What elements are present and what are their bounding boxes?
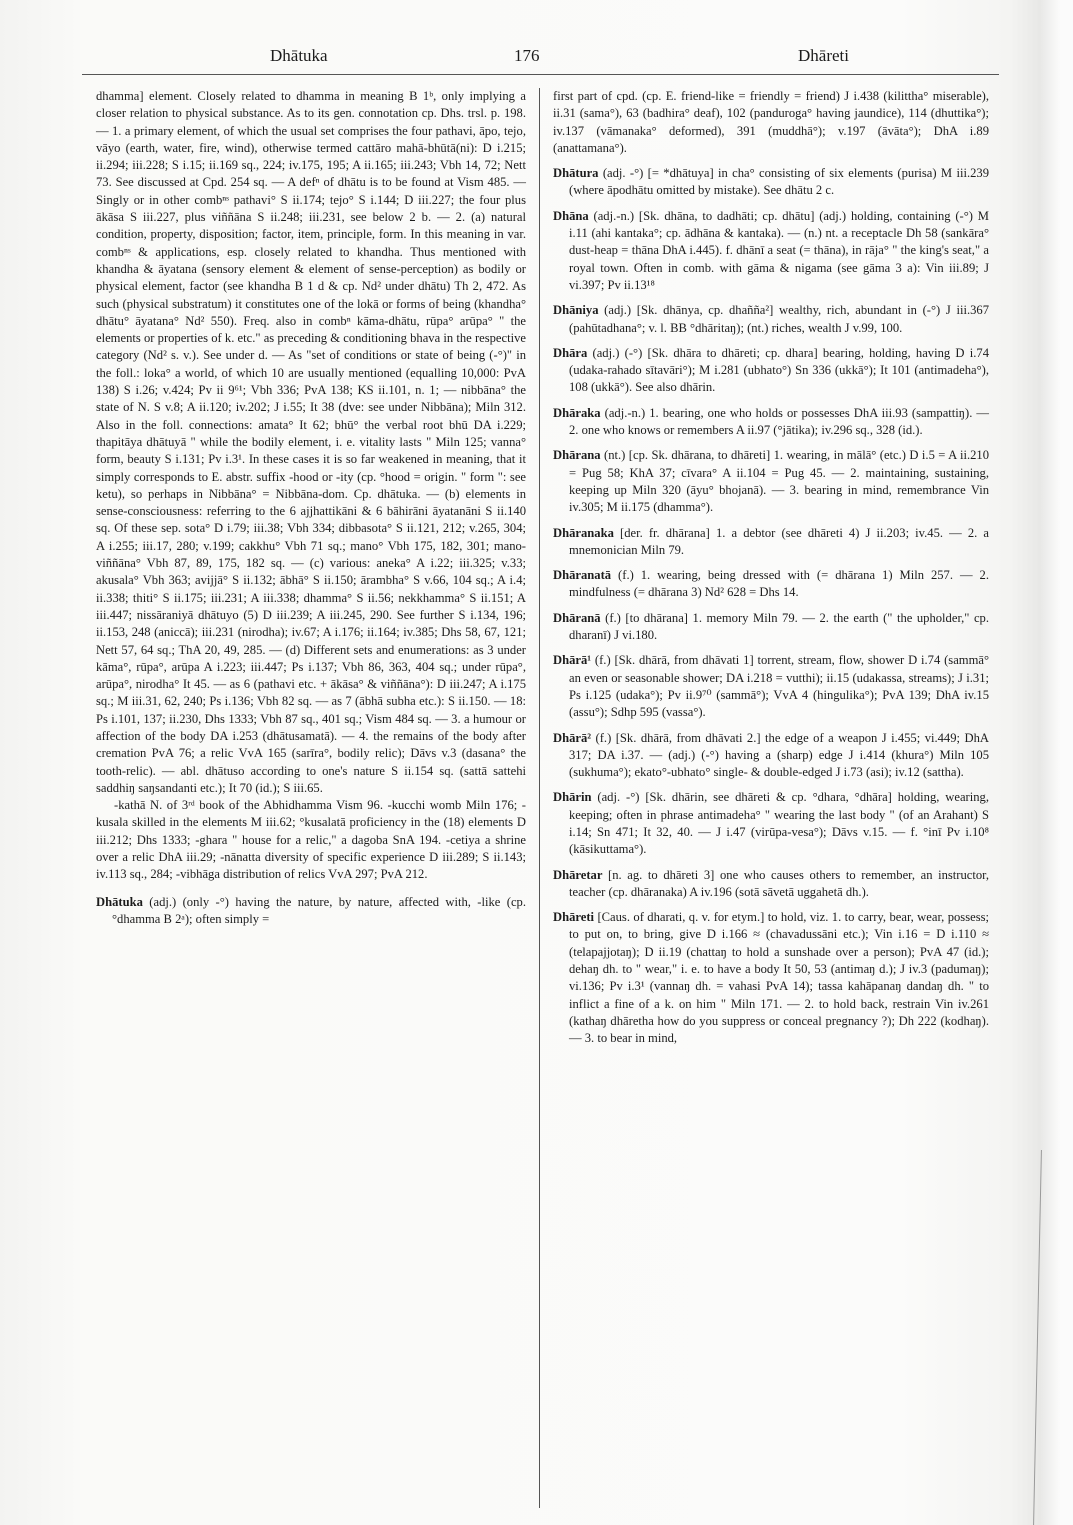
headword: Dhāranaka [553,526,614,540]
entry-body: (adj.) (only -°) having the nature, by n… [112,895,526,926]
entry-body: (adj.) [Sk. dhānya, cp. dhañña²] wealthy… [569,303,989,334]
dictionary-entry: Dhāreti [Caus. of dharati, q. v. for ety… [553,909,989,1047]
entry-body: (adj.-n.) [Sk. dhāna, to dadhāti; cp. dh… [569,209,989,292]
entry-list: Dhātura (adj. -°) [= *dhātuya] in cha° c… [553,165,989,1047]
dhatuka-entry-continuation: first part of cpd. (cp. E. friend-like =… [553,88,989,157]
entry-body: (adj.) (-°) [Sk. dhāra to dhāreti; cp. d… [569,346,989,395]
dhatu-entry-continuation: dhamma] element. Closely related to dham… [96,88,526,797]
headword: Dhāranatā [553,568,611,582]
dictionary-entry: Dhātura (adj. -°) [= *dhātuya] in cha° c… [553,165,989,200]
dictionary-entry: Dhārin (adj. -°) [Sk. dhārin, see dhāret… [553,789,989,858]
entry-body: (f.) 1. wearing, being dressed with (= d… [569,568,989,599]
left-guide-word: Dhātuka [270,46,328,66]
headword: Dhārā¹ [553,653,591,667]
entry-body: (adj. -°) [Sk. dhārin, see dhāreti & cp.… [569,790,989,856]
dictionary-entry: Dhāranaka [der. fr. dhārana] 1. a debtor… [553,525,989,560]
entry-body: (f.) [Sk. dhārā, from dhāvati 1] torrent… [569,653,989,719]
dhatu-compounds: -kathā N. of 3ʳᵈ book of the Abhidhamma … [96,797,526,883]
headword: Dhārin [553,790,592,804]
dictionary-entry: Dhārana (nt.) [cp. Sk. dhārana, to dhāre… [553,447,989,516]
left-column: dhamma] element. Closely related to dham… [96,88,526,941]
headword: Dhāretar [553,868,602,882]
entry-body: (adj.-n.) 1. bearing, one who holds or p… [569,406,989,437]
entry-body: (adj. -°) [= *dhātuya] in cha° consistin… [569,166,989,197]
dictionary-entry: Dhārā² (f.) [Sk. dhārā, from dhāvati 2.]… [553,730,989,782]
headword: Dhāranā [553,611,601,625]
entry-body: (f.) [Sk. dhārā, from dhāvati 2.] the ed… [569,731,989,780]
dictionary-entry: Dhāranā (f.) [to dhārana] 1. memory Miln… [553,610,989,645]
entry-body: (f.) [to dhārana] 1. memory Miln 79. — 2… [569,611,989,642]
headword: Dhāraka [553,406,601,420]
running-header: Dhātuka 176 Dhāreti [80,46,997,72]
headword: Dhātuka [96,895,143,909]
dictionary-entry: Dhāra (adj.) (-°) [Sk. dhāra to dhāreti;… [553,345,989,397]
right-column: first part of cpd. (cp. E. friend-like =… [553,88,989,1056]
headword: Dhāreti [553,910,594,924]
dictionary-entry: Dhāna (adj.-n.) [Sk. dhāna, to dadhāti; … [553,208,989,294]
dictionary-entry: Dhārā¹ (f.) [Sk. dhārā, from dhāvati 1] … [553,652,989,721]
page-number: 176 [514,46,540,66]
headword: Dhāniya [553,303,599,317]
entry-body: [n. ag. to dhāreti 3] one who causes oth… [569,868,989,899]
dictionary-entry: Dhāretar [n. ag. to dhāreti 3] one who c… [553,867,989,902]
column-divider [539,88,540,1508]
entry-body: [Caus. of dharati, q. v. for etym.] to h… [569,910,989,1045]
header-rule [82,74,999,76]
headword: Dhāra [553,346,587,360]
right-guide-word: Dhāreti [798,46,849,66]
headword: Dhārana [553,448,601,462]
entry-body: (nt.) [cp. Sk. dhārana, to dhāreti] 1. w… [569,448,989,514]
headword: Dhāna [553,209,589,223]
headword: Dhātura [553,166,598,180]
dictionary-entry: Dhāranatā (f.) 1. wearing, being dressed… [553,567,989,602]
entry-body: [der. fr. dhārana] 1. a debtor (see dhār… [569,526,989,557]
dictionary-entry: Dhāraka (adj.-n.) 1. bearing, one who ho… [553,405,989,440]
headword: Dhārā² [553,731,591,745]
dictionary-entry: Dhāniya (adj.) [Sk. dhānya, cp. dhañña²]… [553,302,989,337]
entry-dhatuka: Dhātuka (adj.) (only -°) having the natu… [96,894,526,929]
